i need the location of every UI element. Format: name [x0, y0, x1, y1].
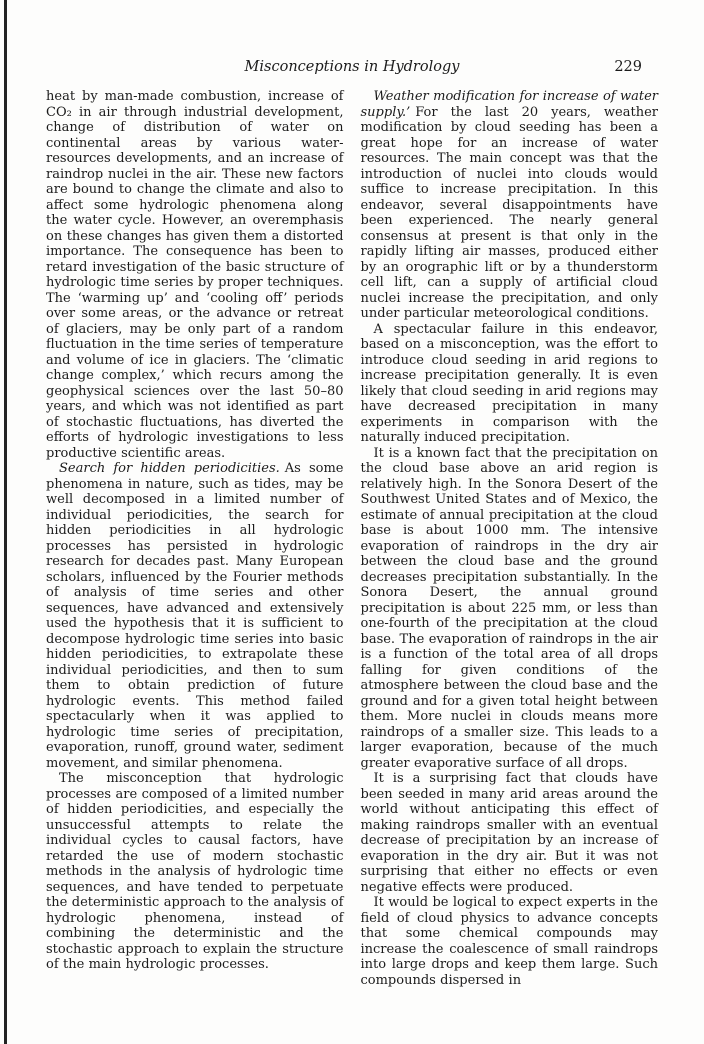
right-column: Weather modification for increase of wat…	[361, 89, 659, 988]
paragraph: heat by man-made combustion, increase of…	[46, 89, 344, 461]
paragraph: Weather modification for increase of wat…	[361, 89, 659, 322]
paragraph-text: heat by man-made combustion, increase of…	[46, 89, 344, 461]
paragraph-text: It is a surprising fact that clouds have…	[361, 771, 659, 895]
paragraph-text: As some phenomena in nature, such as tid…	[46, 461, 344, 771]
paragraph-text: It is a known fact that the precipitatio…	[361, 446, 659, 771]
paragraph-text: It would be logical to expect experts in…	[361, 895, 659, 988]
page-content: Misconceptions in Hydrology 229 heat by …	[46, 58, 658, 988]
paragraph: A spectacular failure in this endeavor, …	[361, 322, 659, 446]
paragraph: It is a known fact that the precipitatio…	[361, 446, 659, 772]
running-head: Misconceptions in Hydrology 229	[46, 58, 658, 76]
paragraph-text: A spectacular failure in this endeavor, …	[361, 322, 659, 446]
scanned-paper-page: Misconceptions in Hydrology 229 heat by …	[0, 0, 704, 1044]
paragraph-text: For the last 20 years, weather modificat…	[361, 105, 659, 322]
two-column-body: heat by man-made combustion, increase of…	[46, 89, 658, 988]
paragraph-text: The misconception that hydrologic proces…	[46, 771, 344, 972]
paper-title: Misconceptions in Hydrology	[245, 59, 460, 75]
paragraph: It is a surprising fact that clouds have…	[361, 771, 659, 895]
left-column: heat by man-made combustion, increase of…	[46, 89, 344, 988]
paragraph: The misconception that hydrologic proces…	[46, 771, 344, 973]
page-number: 229	[614, 58, 642, 76]
paragraph: It would be logical to expect experts in…	[361, 895, 659, 988]
scan-edge-line	[4, 0, 7, 1044]
paragraph: Search for hidden periodicities.As some …	[46, 461, 344, 771]
section-lead-italic: Search for hidden periodicities.	[59, 461, 280, 476]
